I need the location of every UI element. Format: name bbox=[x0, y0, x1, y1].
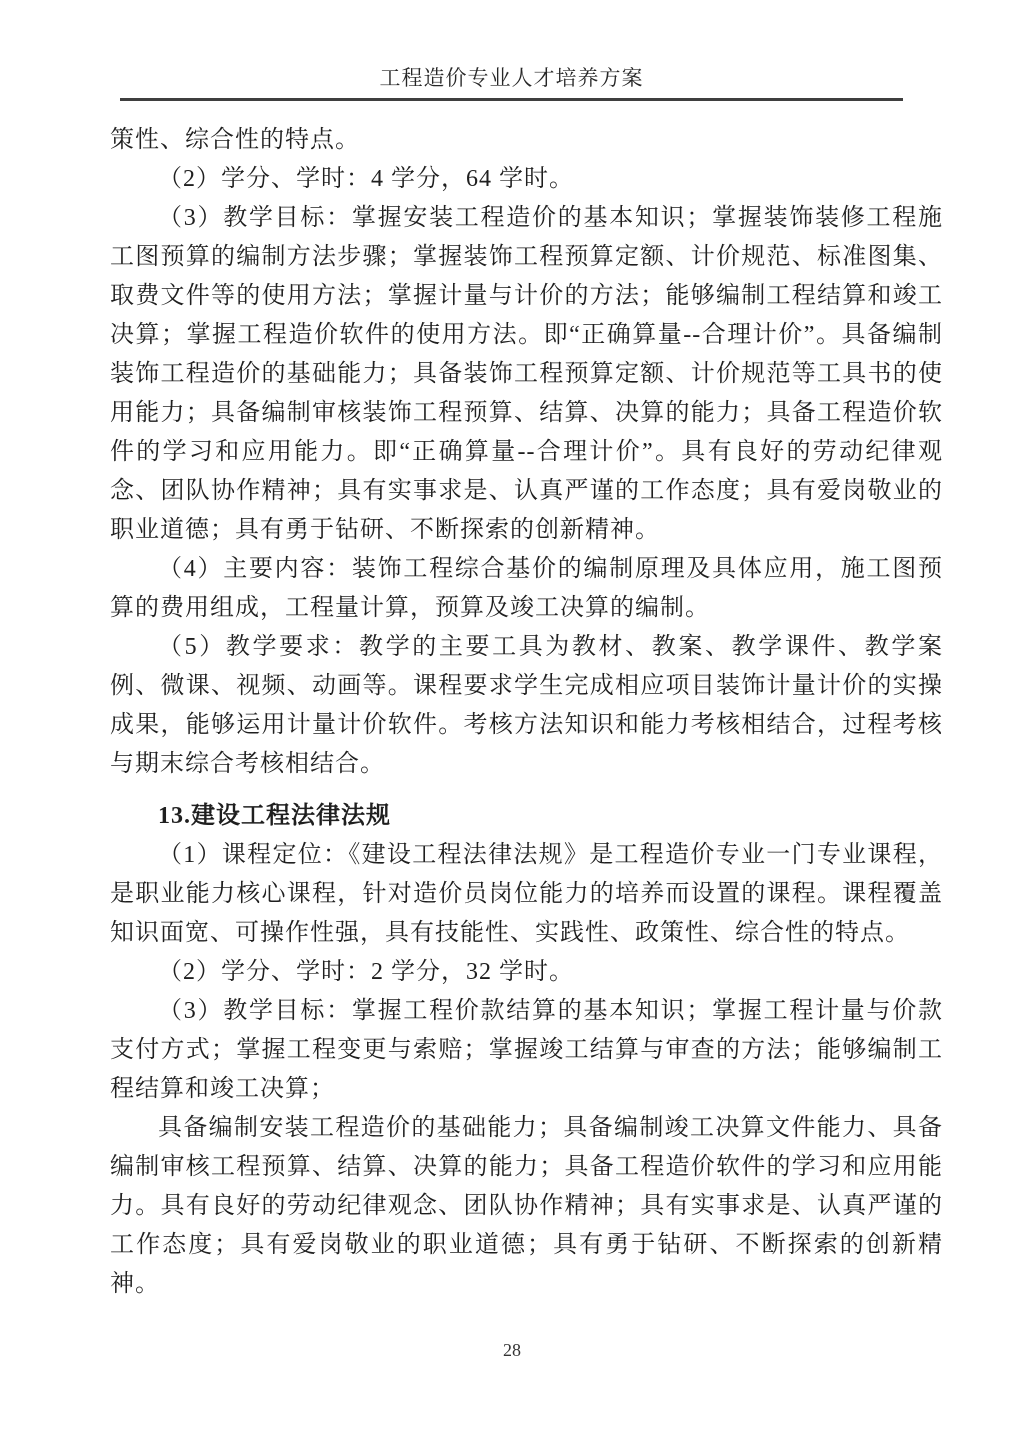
document-page: 工程造价专业人才培养方案 策性、综合性的特点。 （2）学分、学时：4 学分，64… bbox=[0, 0, 1024, 1448]
header-rule-divider bbox=[120, 98, 903, 101]
paragraph-credits-hours-course13: （2）学分、学时：2 学分，32 学时。 bbox=[110, 953, 943, 992]
paragraph-continuation: 策性、综合性的特点。 bbox=[110, 121, 943, 160]
paragraph-teaching-objectives-course12: （3）教学目标：掌握安装工程造价的基本知识；掌握装饰装修工程施工图预算的编制方法… bbox=[110, 199, 943, 550]
paragraph-credits-hours-course12: （2）学分、学时：4 学分，64 学时。 bbox=[110, 160, 943, 199]
paragraph-course-positioning-course13: （1）课程定位：《建设工程法律法规》是工程造价专业一门专业课程，是职业能力核心课… bbox=[110, 836, 943, 953]
page-number: 28 bbox=[0, 1338, 1024, 1362]
page-header-title: 工程造价专业人才培养方案 bbox=[120, 65, 903, 92]
document-body: 策性、综合性的特点。 （2）学分、学时：4 学分，64 学时。 （3）教学目标：… bbox=[110, 121, 943, 1304]
paragraph-abilities-course13: 具备编制安装工程造价的基础能力；具备编制竣工决算文件能力、具备编制审核工程预算、… bbox=[110, 1109, 943, 1304]
paragraph-teaching-objectives-course13: （3）教学目标：掌握工程价款结算的基本知识；掌握工程计量与价款支付方式；掌握工程… bbox=[110, 992, 943, 1109]
paragraph-teaching-requirements-course12: （5）教学要求：教学的主要工具为教材、教案、教学课件、教学案例、微课、视频、动画… bbox=[110, 628, 943, 784]
paragraph-main-content-course12: （4）主要内容：装饰工程综合基价的编制原理及具体应用，施工图预算的费用组成，工程… bbox=[110, 550, 943, 628]
section-heading-course13: 13.建设工程法律法规 bbox=[110, 797, 943, 836]
